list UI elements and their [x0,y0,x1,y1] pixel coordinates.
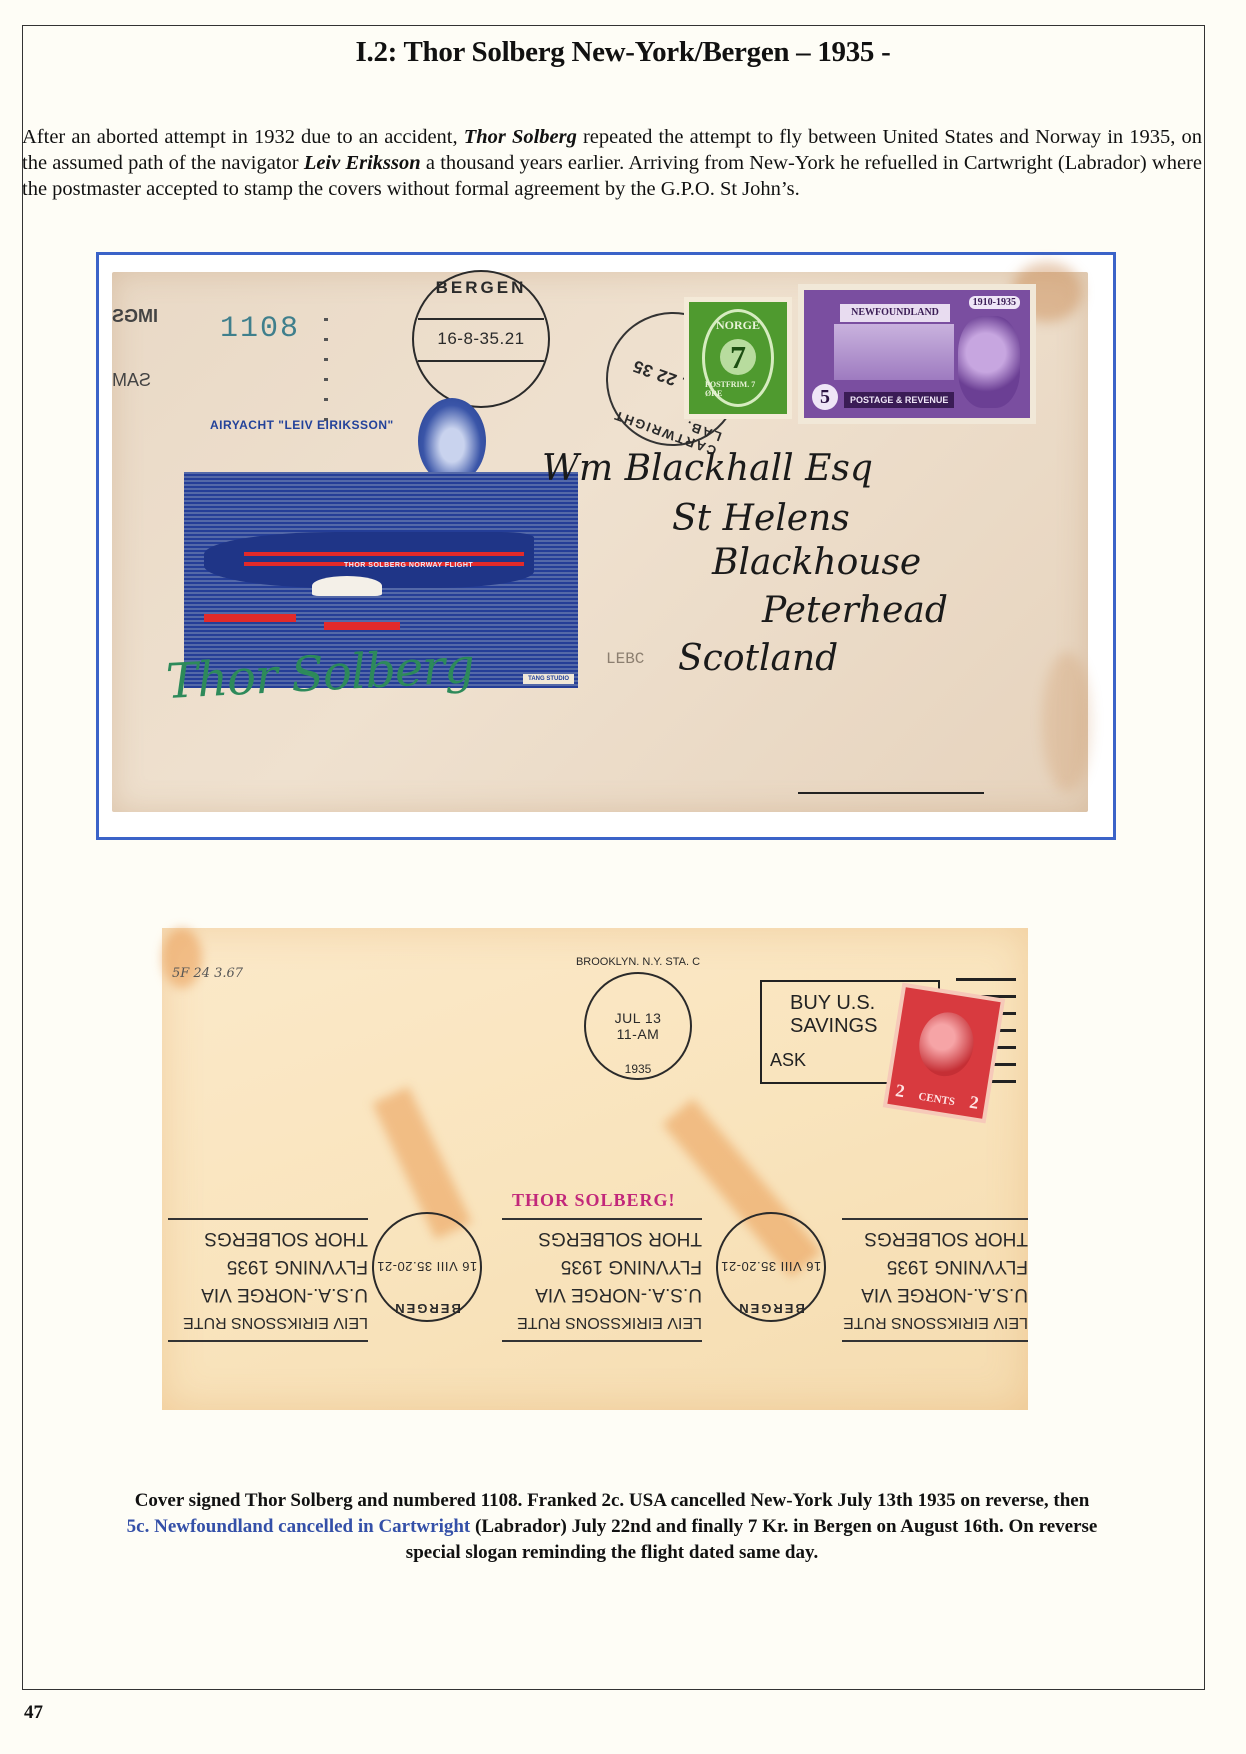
stamp-country: NEWFOUNDLAND [840,304,950,322]
plane-float [324,622,400,630]
stamp-country: NORGE [716,318,760,333]
plane-text: THOR SOLBERG NORWAY FLIGHT [344,562,473,569]
postmark-date: JUL 13 [615,1010,662,1026]
washington-portrait [915,1008,978,1080]
address-line: Blackhouse [712,542,921,583]
intro-name-eriksson: Leiv Eriksson [304,152,421,174]
page-title: I.2: Thor Solberg New-York/Bergen – 1935… [0,36,1246,69]
postmark-date: 16-8-35.21 [437,329,524,349]
edge-mark: IMGS [112,306,158,327]
slogan-line: U.S.A.-NORGE VIA [502,1280,702,1308]
flight-slogan: LEIV EIRIKSSONS RUTE U.S.A.-NORGE VIA FL… [842,1218,1028,1342]
postmark-place: BERGEN [737,1301,805,1316]
address-line: St Helens [672,498,850,539]
edge-mark: SAM [112,370,151,391]
address-line: Scotland [678,638,838,679]
caption-line-2-rest: (Labrador) July 22nd and finally 7 Kr. i… [470,1516,1097,1537]
bergen-postmark: 16 VIII 35.20-21 BERGEN [372,1212,482,1322]
stamp-norway-7-ore: NORGE 7 POSTFRIM. 7 ØRE [684,297,792,419]
stamp-norway-design: NORGE 7 POSTFRIM. 7 ØRE [689,302,787,414]
plane-float [204,614,296,622]
dotted-line [324,318,328,428]
caption-line-1: Cover signed Thor Solberg and numbered 1… [22,1488,1202,1514]
studio-credit: TANG STUDIO [523,674,574,684]
slogan-line: LEIV EIRIKSSONS RUTE [502,1308,702,1336]
caption-line-2: 5c. Newfoundland cancelled in Cartwright… [22,1514,1202,1540]
postmark-bar [418,360,544,362]
stamp-oval: NORGE 7 POSTFRIM. 7 ØRE [702,309,774,407]
bergen-postmark: BERGEN 16-8-35.21 [412,270,550,408]
stamp-years: 1910-1935 [969,296,1020,309]
slogan-line: THOR SOLBERGS [168,1224,368,1252]
stamp-newfoundland-5c: NEWFOUNDLAND 1910-1935 5 POSTAGE & REVEN… [798,284,1036,424]
intro-name-solberg: Thor Solberg [464,126,577,148]
stamp-newfoundland-design: NEWFOUNDLAND 1910-1935 5 POSTAGE & REVEN… [804,290,1030,418]
postmark-date: 16 VIII 35.20-21 [377,1260,478,1275]
magenta-handstamp: THOR SOLBERG! [512,1190,676,1211]
postmark-place: BROOKLYN. N.Y. STA. C [576,956,700,968]
address-line: Peterhead [762,590,948,631]
cover-caption: Cover signed Thor Solberg and numbered 1… [22,1488,1202,1566]
flight-slogan: LEIV EIRIKSSONS RUTE U.S.A.-NORGE VIA FL… [502,1218,702,1342]
king-portrait [958,316,1020,408]
postmark-place: BERGEN [393,1301,461,1316]
slogan-line: FLYVNING 1935 [842,1252,1028,1280]
stamp-label: POSTAGE & REVENUE [844,392,954,408]
postmark-time: 11-AM [617,1026,660,1042]
postmark-place: BERGEN [436,278,527,298]
front-cover-image: IMGS SAM 1108 BERGEN 16-8-35.21 CARTWRIG… [112,272,1088,812]
slogan-line: U.S.A.-NORGE VIA [168,1280,368,1308]
cover-number: 1108 [220,312,300,346]
postmark-bar [418,318,544,320]
stamp-label: POSTFRIM. 7 ØRE [705,380,771,398]
address-underline [798,792,984,794]
stamp-unit: CENTS [888,1086,985,1113]
bergen-postmark: 16 VIII 35.20-21 BERGEN [716,1212,826,1322]
postmark-date: 16 VIII 35.20-21 [721,1260,822,1275]
slogan-line: LEIV EIRIKSSONS RUTE [168,1308,368,1336]
stamp-value: 5 [812,384,838,410]
page-number: 47 [24,1702,43,1724]
stain [1042,652,1092,792]
postmark-year: 1935 [625,1062,652,1076]
intro-paragraph: After an aborted attempt in 1932 due to … [22,124,1202,202]
back-cover-image: 5F 24 3.67 JUL 13 11-AM BROOKLYN. N.Y. S… [162,928,1028,1410]
slogan-line: U.S.A.-NORGE VIA [842,1280,1028,1308]
address-line: Wm Blackhall Esq [542,448,873,489]
intro-text-1: After an aborted attempt in 1932 due to … [22,126,464,148]
slogan-line: THOR SOLBERGS [842,1224,1028,1252]
vignette-title: AIRYACHT "LEIV EIRIKSSON" [210,418,394,432]
slogan-line: FLYVNING 1935 [502,1252,702,1280]
flight-slogan: LEIV EIRIKSSONS RUTE U.S.A.-NORGE VIA FL… [168,1218,368,1342]
stamp-value: 7 [720,339,756,375]
slogan-line: LEIV EIRIKSSONS RUTE [842,1308,1028,1336]
slogan-line: ASK [770,1050,806,1071]
brooklyn-postmark: JUL 13 11-AM BROOKLYN. N.Y. STA. C 1935 [584,972,692,1080]
pencil-note: 5F 24 3.67 [172,966,243,981]
slogan-line: THOR SOLBERGS [502,1224,702,1252]
plane-hull [312,576,382,596]
slogan-line: FLYVNING 1935 [168,1252,368,1280]
faint-postmark: LEBC [606,650,644,668]
caption-line-3: special slogan reminding the flight date… [22,1540,1202,1566]
plane-stripe [244,552,524,556]
castle-scene [834,324,954,380]
stamp-usa-2c: 2 2 CENTS [887,987,1000,1119]
caption-highlight: 5c. Newfoundland cancelled in Cartwright [127,1516,471,1537]
